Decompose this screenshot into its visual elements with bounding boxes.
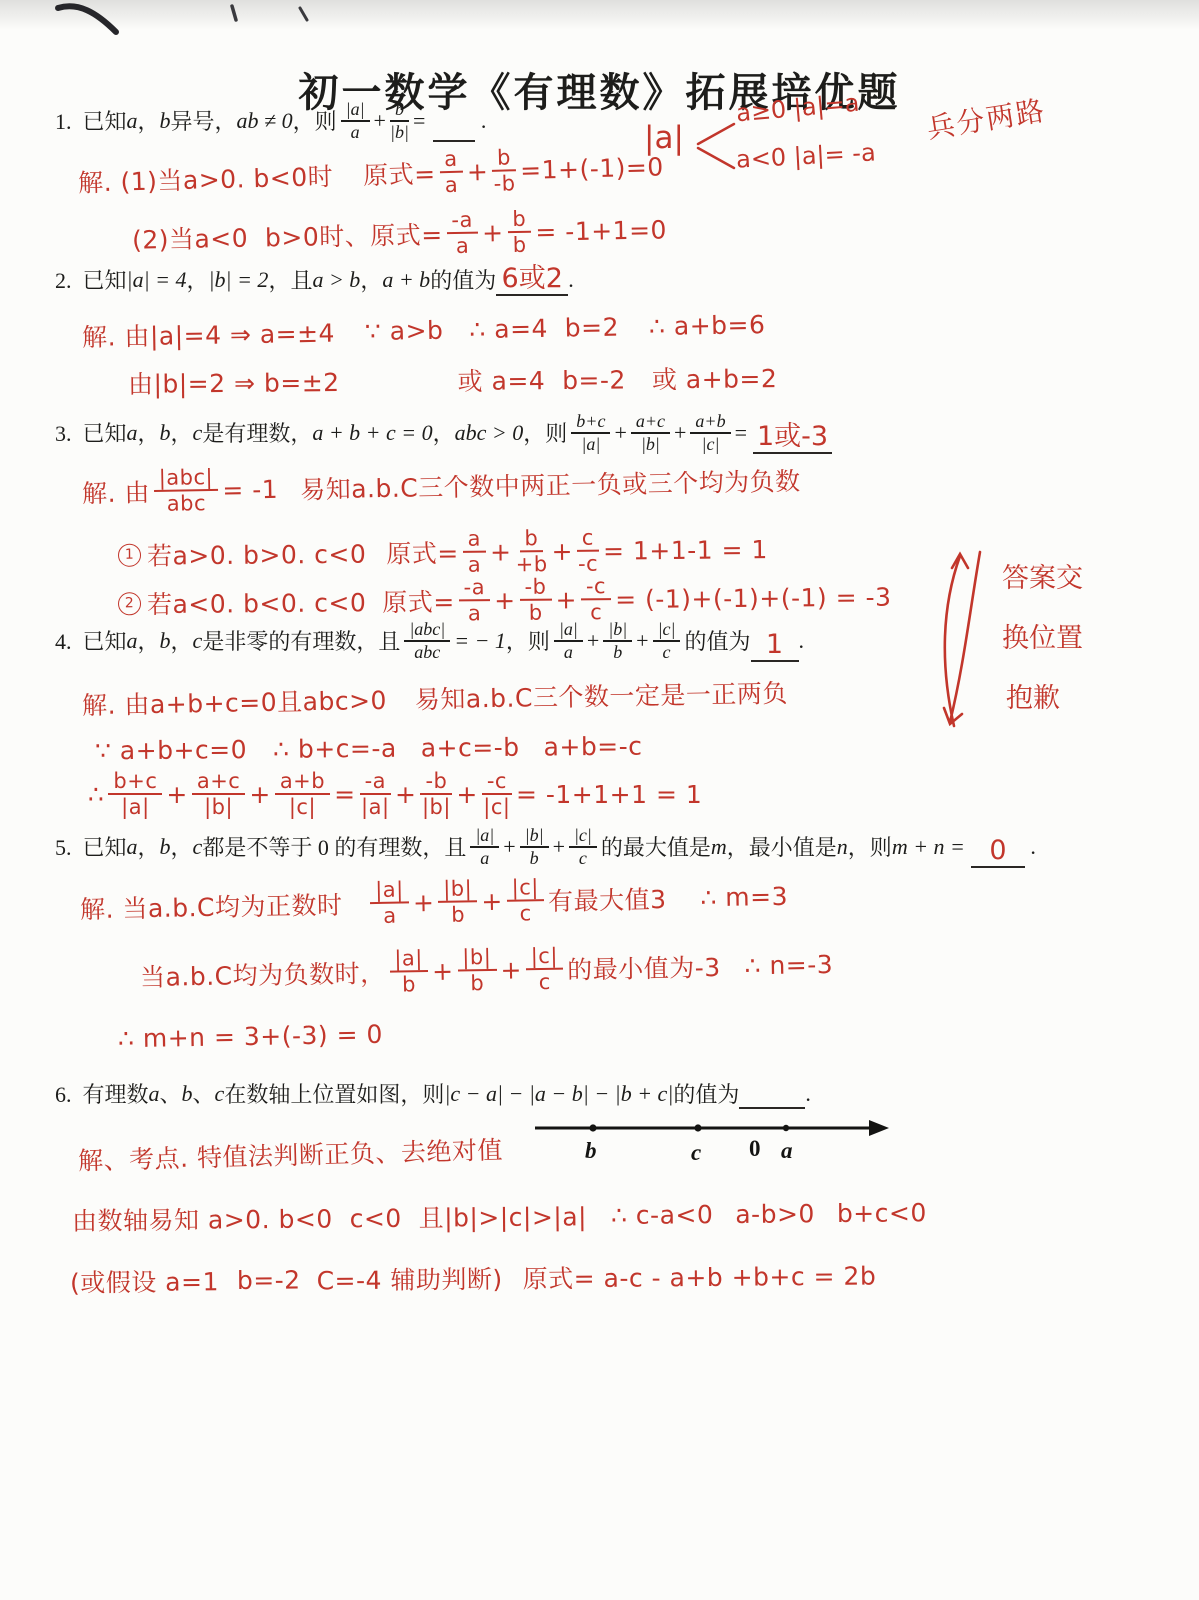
- fraction-denominator: c: [663, 642, 671, 662]
- fraction-denominator: |b|: [390, 122, 409, 142]
- fraction-numerator: -a: [459, 576, 491, 601]
- fraction-numerator: |abc|: [154, 466, 219, 492]
- problem-6-solution-line-3: (或假设 a=1b=-2C=-4 辅助判断)原式= a-c - a+b +b+c…: [70, 1256, 877, 1299]
- text-run: ，: [171, 831, 193, 862]
- text-run: ，: [138, 105, 160, 136]
- fraction: -c|c|: [482, 770, 512, 818]
- problem-2-statement: 2. 已知|a| = 4，|b| = 2，且a > b，a + b的值为6或2.: [55, 263, 574, 296]
- fraction: |b|b: [457, 946, 497, 995]
- text-run: ∴ m+n = 3+(-3) = 0: [118, 1020, 383, 1054]
- text-run: 2. 已知: [55, 264, 127, 295]
- text-run: 的最小值为-3: [567, 948, 721, 987]
- text-run: (或假设 a=1: [70, 1262, 219, 1299]
- answer-on-blank: 6或2: [496, 263, 568, 296]
- text-run: 在数轴上位置如图，则: [224, 1078, 444, 1109]
- number-line-label-b: b: [585, 1138, 597, 1164]
- fraction-numerator: -a: [360, 770, 391, 795]
- fraction-numerator: a+b: [275, 770, 330, 795]
- fraction: aa: [439, 148, 464, 197]
- fraction: b+c|a|: [571, 412, 610, 454]
- fraction: |abc|abc: [154, 466, 219, 515]
- fraction-denominator: |a|: [581, 434, 600, 454]
- fraction-denominator: |a|: [361, 795, 390, 818]
- math-run: a > b: [312, 267, 360, 293]
- fraction-numerator: |a|: [470, 826, 499, 848]
- fraction-denominator: abc: [414, 642, 440, 662]
- fraction-numerator: c: [577, 527, 599, 552]
- math-run: abc > 0: [455, 420, 524, 446]
- fraction-numerator: a+b: [690, 412, 730, 434]
- text-run: ，则: [848, 831, 892, 862]
- number-line-label-c: c: [691, 1140, 701, 1166]
- math-run: c: [193, 628, 203, 654]
- text-run: 若a<0. b<0. c<0: [147, 583, 367, 621]
- fraction: |a|a: [341, 100, 370, 142]
- text-run: .: [568, 267, 574, 293]
- fraction-denominator: -b: [493, 171, 516, 195]
- text-run: 或 a=4 b=-2: [457, 360, 626, 397]
- math-run: a + b: [382, 267, 430, 293]
- text-run: 由数轴易知 a>0. b<0 c<0 且|b|>|c|>|a|: [72, 1197, 587, 1237]
- fraction: a+b|c|: [275, 770, 330, 818]
- two-paths-note: 兵分两路: [924, 89, 1049, 147]
- fraction: b|b|: [390, 100, 409, 142]
- text-run: ∵ a>b: [365, 315, 444, 345]
- text-run: +: [481, 886, 503, 915]
- problem-3-solution-line-1: 解. 由|abc|abc= -1易知a.b.C三个数中两正一负或三个均为负数: [82, 456, 801, 517]
- text-run: ，且: [268, 264, 312, 295]
- fraction-numerator: |a|: [341, 100, 370, 122]
- fraction: |c|c: [506, 876, 544, 925]
- fraction: -b|b|: [420, 770, 452, 818]
- math-run: m: [711, 834, 727, 860]
- fraction-denominator: abc: [167, 491, 207, 515]
- fraction-denominator: a: [480, 848, 489, 868]
- problem-3-statement: 3. 已知a，b，c是有理数，a + b + c = 0，abc > 0，则b+…: [55, 412, 832, 454]
- fraction-denominator: |c|: [702, 434, 720, 454]
- text-run: ∴ c-a<0: [611, 1200, 714, 1230]
- fraction-numerator: -c: [581, 575, 611, 600]
- text-run: a+c=-b: [421, 733, 520, 763]
- fraction-denominator: b: [513, 233, 527, 256]
- fraction: |a|a: [370, 878, 409, 927]
- text-run: 原式=: [363, 154, 436, 192]
- math-run: c: [193, 834, 203, 860]
- fraction: |b|b: [603, 620, 632, 662]
- spacer: [619, 326, 649, 327]
- problem-6-solution-line-1: 解、考点. 特值法判断正负、去绝对值: [78, 1130, 504, 1177]
- fraction-numerator: |c|: [569, 826, 597, 848]
- fraction-denominator: b: [530, 848, 539, 868]
- fraction-numerator: |b|: [603, 620, 632, 642]
- fraction-denominator: |b|: [204, 795, 233, 818]
- answer-on-blank: 1或-3: [753, 421, 832, 454]
- text-run: +: [249, 780, 270, 809]
- fraction: bb: [507, 208, 532, 257]
- fraction: c-c: [577, 527, 599, 575]
- swap-note-text-1: 答案交: [1002, 556, 1083, 595]
- math-run: |b| = 2: [208, 267, 268, 293]
- text-run: 6. 有理数: [55, 1078, 149, 1109]
- math-run: a: [127, 420, 138, 446]
- text-run: ，: [360, 264, 382, 295]
- math-run: m + n =: [892, 834, 965, 860]
- math-run: b: [160, 834, 171, 860]
- text-run: +: [614, 420, 626, 446]
- text-run: ，则: [523, 417, 567, 448]
- text-run: 易知a.b.C三个数中两正一负或三个均为负数: [300, 462, 801, 507]
- fraction: -aa: [446, 209, 478, 258]
- fraction-numerator: |abc|: [404, 620, 450, 642]
- fraction: |b|b: [438, 877, 478, 926]
- problem-5-solution-line-1: 解. 当a.b.C均为正数时|a|a+|b|b+|c|c有最大值3∴ m=3: [80, 872, 789, 932]
- text-run: +: [555, 585, 577, 614]
- fraction-numerator: |c|: [653, 620, 681, 642]
- answer-blank: [739, 1085, 805, 1109]
- text-run: = -1+1=0: [535, 215, 667, 246]
- fraction-numerator: |c|: [526, 945, 564, 971]
- math-run: c: [193, 420, 203, 446]
- text-run: .: [799, 628, 805, 654]
- text-run: = (-1)+(-1)+(-1) = -3: [615, 582, 892, 613]
- text-run: .: [475, 108, 486, 134]
- text-run: +: [553, 834, 565, 860]
- math-run: a: [127, 834, 138, 860]
- problem-4-solution-line-3: ∴b+c|a|+a+c|b|+a+b|c|=-a|a|+-b|b|+-c|c|=…: [88, 770, 702, 818]
- text-run: 原式=: [386, 534, 459, 571]
- problem-4-solution-line-2: ∵ a+b+c=0∴ b+c=-aa+c=-ba+b=-c: [95, 732, 643, 766]
- problem-5-solution-line-3: ∴ m+n = 3+(-3) = 0: [118, 1020, 383, 1054]
- problem-1-solution-line-1: 解. (1)当a>0. b<0时原式=aa+b-b=1+(-1)=0: [77, 142, 664, 205]
- text-run: ，: [171, 625, 193, 656]
- text-run: 的值为: [430, 264, 496, 295]
- text-run: =: [735, 420, 747, 446]
- math-run: a: [149, 1081, 160, 1107]
- fraction: b+b: [515, 527, 547, 575]
- text-run: 、: [160, 1078, 182, 1109]
- fraction-denominator: a: [456, 234, 470, 257]
- text-run: .: [1025, 834, 1036, 860]
- text-run: +: [636, 628, 648, 654]
- fraction-denominator: |b|: [422, 795, 451, 818]
- fraction: -aa: [459, 576, 491, 624]
- text-run: 异号，: [171, 105, 237, 136]
- fraction: |a|a: [554, 620, 583, 662]
- math-run: ab ≠ 0: [237, 108, 293, 134]
- text-run: ∴ a=4 b=2: [469, 312, 619, 344]
- text-run: ∴: [88, 780, 104, 809]
- text-run: +: [494, 585, 516, 614]
- fraction-denominator: a: [564, 642, 573, 662]
- text-run: +: [432, 956, 454, 985]
- fraction-denominator: a: [351, 122, 360, 142]
- fraction: |c|c: [526, 945, 564, 994]
- text-run: .: [805, 1081, 811, 1107]
- fraction-denominator: |a|: [121, 795, 150, 818]
- fraction-denominator: -c: [578, 552, 598, 575]
- fraction-denominator: |c|: [483, 795, 510, 818]
- text-run: 若a>0. b>0. c<0: [147, 535, 367, 573]
- problem-5-solution-line-2: 当a.b.C均为负数时，|a|b+|b|b+|c|c的最小值为-3∴ n=-3: [140, 940, 834, 1000]
- fraction: aa: [463, 528, 487, 576]
- text-run: ，: [186, 264, 208, 295]
- answers-swapped-note: 答案交 换位置 抱歉: [906, 544, 1198, 744]
- math-run: b: [160, 420, 171, 446]
- circled-number: 1: [118, 543, 141, 566]
- text-run: b+c<0: [837, 1198, 927, 1228]
- math-run: b: [160, 628, 171, 654]
- fraction: |b|b: [520, 826, 549, 868]
- fraction-numerator: b+c: [108, 770, 162, 795]
- text-run: ∴ a+b=6: [649, 310, 766, 341]
- fraction-numerator: b: [519, 527, 543, 552]
- text-run: 易知a.b.C三个数一定是一正两负: [415, 674, 789, 717]
- math-run: a: [127, 628, 138, 654]
- text-run: =1+(-1)=0: [520, 152, 664, 185]
- text-run: +: [503, 834, 515, 860]
- fraction: |c|c: [653, 620, 681, 662]
- text-run: ∵ a+b+c=0: [95, 735, 247, 765]
- text-run: 是非零的有理数，且: [202, 625, 400, 656]
- text-run: 5. 已知: [55, 831, 127, 862]
- fraction: b+c|a|: [108, 770, 162, 818]
- text-run: ，: [171, 417, 193, 448]
- fraction-numerator: -b: [420, 770, 452, 795]
- fraction-numerator: a+c: [631, 412, 670, 434]
- text-run: ，: [138, 625, 160, 656]
- text-run: +: [482, 218, 504, 247]
- text-run: 解. 由: [82, 473, 151, 510]
- fraction: -bb: [519, 576, 551, 624]
- math-run: a + b + c = 0: [312, 420, 432, 446]
- swap-arrows-icon: [918, 544, 1008, 739]
- fraction-numerator: |b|: [438, 877, 477, 903]
- spacer: [333, 174, 363, 175]
- text-run: 解. 当a.b.C均为正数时: [80, 886, 343, 927]
- fraction: a+b|c|: [690, 412, 730, 454]
- fraction: a+c|b|: [631, 412, 670, 454]
- math-run: b: [182, 1081, 193, 1107]
- pen-scratch-marks: [0, 0, 1199, 42]
- text-run: 或 a+b=2: [652, 359, 778, 396]
- absolute-value-side-note: |a| a≥0 |a|=a a<0 |a|= -a 兵分两路: [638, 94, 1194, 230]
- answer-on-blank: 1: [751, 629, 799, 662]
- text-run: 有最大值3: [548, 880, 667, 918]
- text-run: +: [374, 108, 386, 134]
- math-run: |a| = 4: [127, 267, 187, 293]
- text-run: 解. (1)当a>0. b<0时: [78, 157, 334, 200]
- text-run: +: [413, 888, 435, 917]
- text-run: ，最小值是: [727, 831, 837, 862]
- problem-6-statement: 6. 有理数a、b、c在数轴上位置如图，则|c − a| − |a − b| −…: [55, 1078, 811, 1109]
- fraction: |c|c: [569, 826, 597, 868]
- text-run: a+b=-c: [543, 732, 642, 762]
- spacer: [666, 897, 700, 898]
- text-run: b=-2: [237, 1265, 301, 1295]
- branch-nonnegative: a≥0 |a|=a: [735, 89, 860, 128]
- text-run: +: [490, 537, 512, 566]
- fraction-denominator: |c|: [289, 795, 316, 818]
- fraction-denominator: c: [519, 901, 531, 924]
- fraction-numerator: a: [463, 528, 487, 553]
- fraction-numerator: b: [492, 146, 516, 172]
- fraction-denominator: |b|: [641, 434, 660, 454]
- fraction-numerator: a: [439, 148, 463, 174]
- text-run: 都是不等于 0 的有理数，且: [202, 831, 466, 862]
- fraction: |abc|abc: [404, 620, 450, 662]
- fraction-numerator: b: [390, 100, 409, 122]
- spacer: [340, 380, 458, 381]
- fraction-numerator: |a|: [389, 947, 428, 973]
- fraction-denominator: b: [402, 972, 416, 995]
- text-run: ，: [138, 417, 160, 448]
- fraction-numerator: -a: [446, 209, 478, 235]
- math-run: |c − a| − |a − b| − |b + c|: [444, 1081, 673, 1107]
- text-run: = 1+1-1 = 1: [603, 535, 768, 565]
- problem-5-statement: 5. 已知a，b，c都是不等于 0 的有理数，且|a|a+|b|b+|c|c的最…: [55, 826, 1036, 868]
- fraction-denominator: a: [445, 173, 459, 196]
- number-line-label-a: a: [781, 1138, 793, 1164]
- problem-4-statement: 4. 已知a，b，c是非零的有理数，且|abc|abc= − 1，则|a|a+|…: [55, 620, 804, 662]
- text-run: +: [395, 780, 416, 809]
- spacer: [335, 331, 365, 332]
- text-run: =: [334, 780, 355, 809]
- math-run: a: [127, 108, 138, 134]
- worksheet-page: 初一数学《有理数》拓展培优题 1. 已知a，b异号，ab ≠ 0，则|a|a+b…: [0, 0, 1199, 1600]
- fraction-denominator: a: [468, 553, 482, 576]
- fraction-numerator: -b: [519, 576, 551, 601]
- math-run: = − 1: [454, 628, 506, 654]
- text-run: = -1+1+1 = 1: [516, 780, 702, 809]
- fraction-numerator: a+c: [192, 770, 246, 795]
- fraction: b-b: [492, 146, 517, 195]
- swap-note-text-2: 换位置: [1002, 616, 1083, 655]
- fraction-denominator: c: [579, 848, 587, 868]
- text-run: 的值为: [673, 1078, 739, 1109]
- number-line-label-zero: 0: [749, 1136, 761, 1162]
- problem-1-statement: 1. 已知a，b异号，ab ≠ 0，则|a|a+b|b|= .: [55, 100, 486, 142]
- fraction-numerator: |a|: [370, 878, 409, 904]
- text-run: a-b>0: [735, 1199, 815, 1229]
- text-run: +: [456, 780, 477, 809]
- swap-note-text-3: 抱歉: [1006, 676, 1060, 715]
- problem-1-solution-line-2: (2)当a<0 b>0时、原式=-aa+bb= -1+1=0: [132, 205, 668, 262]
- problem-3-solution-line-2: 1若a>0. b>0. c<0原式=aa+b+b+c-c= 1+1-1 = 1: [118, 525, 768, 579]
- math-run: b: [160, 108, 171, 134]
- fraction-numerator: b: [507, 208, 531, 233]
- fraction-denominator: b: [613, 642, 622, 662]
- text-run: ，: [433, 417, 455, 448]
- text-run: 由|b|=2 ⇒ b=±2: [128, 363, 340, 401]
- text-run: ，则: [506, 625, 550, 656]
- fraction: -cc: [581, 575, 612, 623]
- text-run: 4. 已知: [55, 625, 127, 656]
- text-run: 是有理数，: [202, 417, 312, 448]
- fraction-numerator: |b|: [457, 946, 496, 972]
- text-run: ，则: [293, 105, 337, 136]
- text-run: 3. 已知: [55, 417, 127, 448]
- text-run: +: [500, 955, 522, 984]
- branch-negative: a<0 |a|= -a: [735, 138, 876, 173]
- fraction: |a|a: [470, 826, 499, 868]
- text-run: C=-4 辅助判断): [316, 1260, 502, 1298]
- text-run: +: [467, 156, 489, 186]
- text-run: =: [413, 108, 425, 134]
- fraction: -a|a|: [360, 770, 391, 818]
- text-run: 解. 由a+b+c=0且abc>0: [82, 681, 387, 722]
- answer-on-blank: 0: [971, 835, 1025, 868]
- text-run: ，: [138, 831, 160, 862]
- fraction-numerator: |a|: [554, 620, 583, 642]
- text-run: 原式= a-c - a+b +b+c = 2b: [522, 1256, 876, 1295]
- problem-2-solution-line-1: 解. 由|a|=4 ⇒ a=±4∵ a>b∴ a=4 b=2∴ a+b=6: [82, 306, 766, 354]
- fraction: |a|b: [389, 947, 428, 996]
- problem-6-solution-line-2: 由数轴易知 a>0. b<0 c<0 且|b|>|c|>|a|∴ c-a<0a-…: [72, 1194, 927, 1237]
- fraction-numerator: |c|: [506, 876, 544, 902]
- text-run: = -1: [222, 474, 278, 504]
- fraction-denominator: a: [383, 904, 397, 927]
- text-run: +: [674, 420, 686, 446]
- text-run: 的最大值是: [601, 831, 711, 862]
- text-run: ∴ b+c=-a: [273, 734, 397, 764]
- text-run: (2)当a<0 b>0时、原式=: [132, 215, 443, 256]
- text-run: +: [166, 780, 187, 809]
- fraction-denominator: c: [539, 970, 551, 993]
- fraction-numerator: -c: [482, 770, 512, 795]
- text-run: 原式=: [382, 582, 455, 619]
- answer-blank: [433, 118, 475, 142]
- text-run: +: [587, 628, 599, 654]
- text-run: ∴ m=3: [700, 881, 788, 912]
- problem-4-solution-line-1: 解. 由a+b+c=0且abc>0易知a.b.C三个数一定是一正两负: [82, 674, 788, 722]
- fraction-denominator: b: [451, 903, 465, 926]
- text-run: +: [551, 536, 573, 565]
- circled-number: 2: [118, 592, 141, 615]
- text-run: 解. 由|a|=4 ⇒ a=±4: [82, 314, 335, 354]
- text-run: 解、考点. 特值法判断正负、去绝对值: [78, 1130, 504, 1177]
- fraction: a+c|b|: [192, 770, 246, 818]
- text-run: 当a.b.C均为负数时，: [140, 954, 386, 994]
- math-run: n: [837, 834, 848, 860]
- fraction-denominator: b: [470, 971, 484, 994]
- fraction-numerator: |b|: [520, 826, 549, 848]
- number-line-figure: b c 0 a: [533, 1110, 913, 1184]
- math-run: c: [215, 1081, 225, 1107]
- fraction-numerator: b+c: [571, 412, 610, 434]
- text-run: 的值为: [684, 625, 750, 656]
- text-run: 1. 已知: [55, 105, 127, 136]
- text-run: 、: [193, 1078, 215, 1109]
- fraction-denominator: +b: [516, 552, 548, 575]
- text-run: ∴ n=-3: [744, 950, 833, 981]
- problem-2-solution-line-2: 由|b|=2 ⇒ b=±2或 a=4 b=-2或 a+b=2: [128, 359, 778, 401]
